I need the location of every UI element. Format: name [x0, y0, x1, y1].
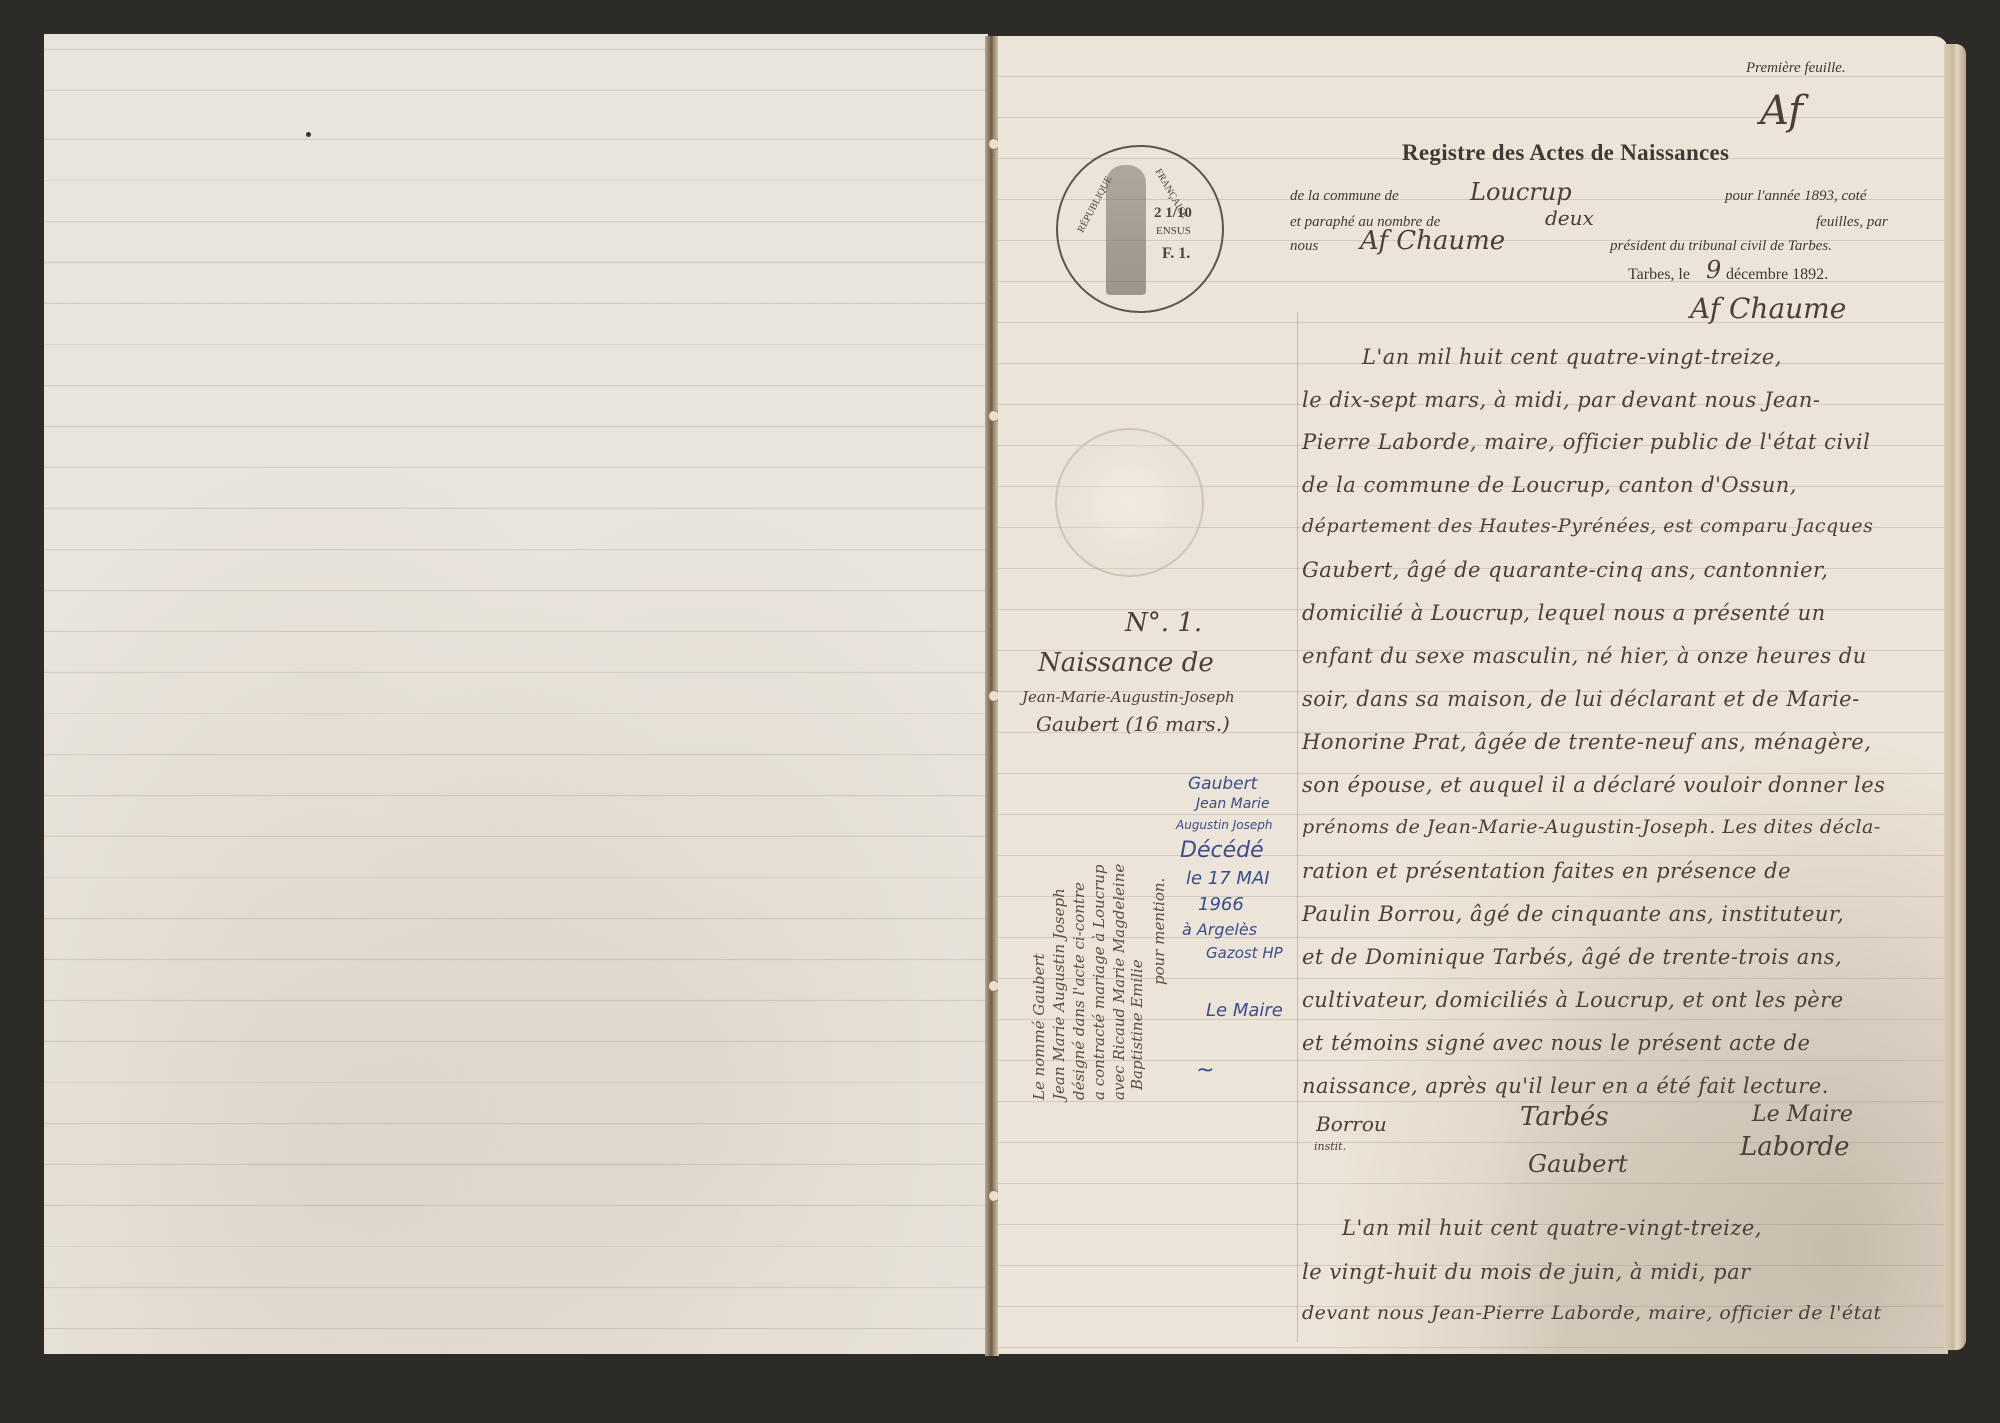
stamp-value-top: 2 1/10	[1154, 205, 1192, 222]
death-note-line: Augustin Joseph	[1176, 818, 1273, 832]
act-2-line: devant nous Jean-Pierre Laborde, maire, …	[1302, 1302, 1882, 1324]
witness-borrou-signature: Borrou	[1316, 1112, 1387, 1136]
act-1-line: cultivateur, domiciliés à Loucrup, et on…	[1302, 988, 1844, 1012]
register-title: Registre des Actes de Naissances	[1402, 140, 1729, 166]
act-1-line: de la commune de Loucrup, canton d'Ossun…	[1302, 473, 1797, 497]
form-count-suffix: feuilles, par	[1816, 214, 1888, 231]
ink-spot	[306, 132, 311, 137]
marriage-note-line: désigné dans l'acte ci-contre	[1070, 882, 1088, 1100]
act-1-line: naissance, après qu'il leur en a été fai…	[1302, 1074, 1829, 1098]
death-note-line: Décédé	[1180, 838, 1264, 863]
death-note-line: le 17 MAI	[1186, 868, 1270, 889]
act-1-line: domicilié à Loucrup, lequel nous a prése…	[1302, 601, 1826, 625]
stamp-value-bottom: F. 1.	[1162, 245, 1190, 263]
closing-signature: Af Chaume	[1690, 292, 1846, 325]
act-1-line: Paulin Borrou, âgé de cinquante ans, ins…	[1302, 902, 1844, 926]
death-note-line: à Argelès	[1182, 920, 1257, 939]
witness-tarbes-signature: Tarbés	[1520, 1102, 1609, 1132]
form-date-suffix: décembre 1892.	[1726, 266, 1828, 284]
act-1-line: Gaubert, âgé de quarante-cinq ans, canto…	[1302, 558, 1828, 582]
death-note-line: 1966	[1198, 894, 1244, 915]
death-note-line: Gazost HP	[1206, 944, 1283, 962]
act-1-line: L'an mil huit cent quatre-vingt-treize,	[1302, 345, 1782, 369]
father-gaubert-signature: Gaubert	[1528, 1150, 1628, 1178]
child-given-names: Jean-Marie-Augustin-Joseph	[1022, 688, 1235, 706]
initials-signature: Af	[1760, 88, 1803, 134]
act-number: N°. 1.	[1125, 608, 1202, 638]
act-1-line: le dix-sept mars, à midi, par devant nou…	[1302, 388, 1820, 412]
death-note-signature: ~	[1196, 1058, 1214, 1083]
stamp-label: ENSUS	[1156, 225, 1191, 237]
mayor-label: Le Maire	[1752, 1102, 1853, 1127]
form-year: pour l'année 1893, coté	[1725, 188, 1867, 205]
death-note-line: Jean Marie	[1196, 796, 1270, 812]
act-1-line: son épouse, et auquel il a déclaré voulo…	[1302, 773, 1885, 797]
act-1-line: et de Dominique Tarbés, âgé de trente-tr…	[1302, 945, 1842, 969]
act-1-line: enfant du sexe masculin, né hier, à onze…	[1302, 644, 1867, 668]
sheet-label: Première feuille.	[1746, 60, 1846, 77]
act-1-line: soir, dans sa maison, de lui déclarant e…	[1302, 687, 1860, 711]
act-1-line: département des Hautes-Pyrénées, est com…	[1302, 515, 1873, 537]
act-2-line: L'an mil huit cent quatre-vingt-treize,	[1302, 1216, 1762, 1240]
mayor-laborde-signature: Laborde	[1740, 1132, 1850, 1162]
embossed-seal	[1055, 428, 1204, 577]
left-blank-page	[44, 34, 988, 1354]
marriage-note-line: Le nommé Gaubert	[1030, 953, 1048, 1100]
death-note-line: Gaubert	[1188, 774, 1257, 794]
form-place-prefix: Tarbes, le	[1628, 266, 1690, 284]
marriage-note-line: Jean Marie Augustin Joseph	[1050, 888, 1068, 1100]
revenue-stamp-seal: RÉPUBLIQUE FRANÇAISE 2 1/10 ENSUS F. 1.	[1056, 145, 1224, 313]
form-tribunal: président du tribunal civil de Tarbes.	[1610, 238, 1832, 255]
witness-borrou-title: instit.	[1314, 1140, 1346, 1153]
act-1-line: ration et présentation faites en présenc…	[1302, 859, 1791, 883]
marriage-note-line: pour mention.	[1150, 878, 1168, 985]
president-signature: Af Chaume	[1360, 226, 1505, 256]
margin-rule	[1297, 312, 1298, 1342]
marriage-note-line: avec Ricaud Marie Magdeleine	[1110, 864, 1128, 1100]
page-stack-edges	[1944, 44, 1966, 1350]
act-heading: Naissance de	[1038, 648, 1214, 678]
act-1-line: et témoins signé avec nous le présent ac…	[1302, 1031, 1810, 1055]
form-count-value: deux	[1545, 206, 1594, 230]
child-surname-date: Gaubert (16 mars.)	[1036, 712, 1230, 736]
act-2-line: le vingt-huit du mois de juin, à midi, p…	[1302, 1260, 1751, 1284]
justice-figure-icon	[1106, 165, 1146, 295]
form-commune-prefix: de la commune de	[1290, 188, 1399, 205]
form-day: 9	[1706, 256, 1721, 284]
act-1-line: Honorine Prat, âgée de trente-neuf ans, …	[1302, 730, 1871, 754]
act-1-line: Pierre Laborde, maire, officier public d…	[1302, 430, 1870, 454]
form-nous: nous	[1290, 238, 1318, 255]
death-note-line: Le Maire	[1206, 1000, 1283, 1021]
marriage-note-line: Baptistine Emilie	[1128, 959, 1146, 1090]
act-1-line: prénoms de Jean-Marie-Augustin-Joseph. L…	[1302, 816, 1881, 838]
marriage-note-line: a contracté mariage à Loucrup	[1090, 864, 1108, 1100]
form-commune-value: Loucrup	[1470, 178, 1572, 206]
